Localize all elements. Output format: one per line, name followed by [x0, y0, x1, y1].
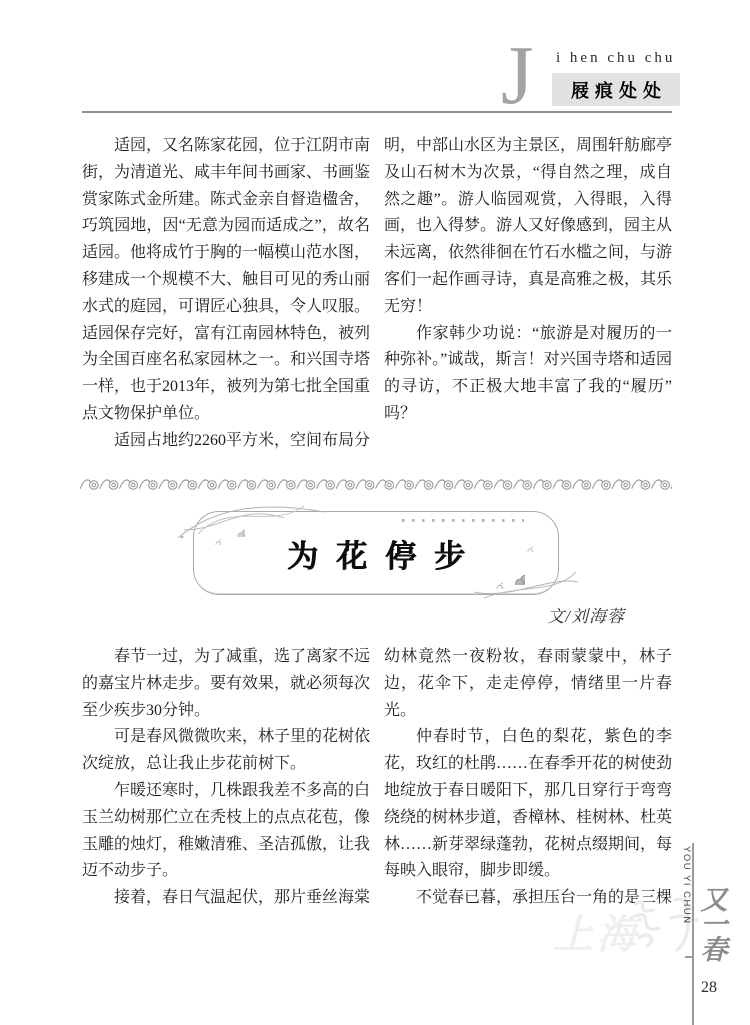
wave-divider	[80, 475, 672, 495]
column-name-char: 春	[701, 935, 728, 965]
feature-right-column: 幼林竟然一夜粉妆，春雨蒙蒙中，林子边，花伞下，走走停停，情绪里一片春光。仲春时节…	[384, 644, 672, 912]
sidebar-vertical-rule	[692, 843, 694, 1025]
paragraph: 明，中部山水区为主景区，周围轩舫廊亭及山石树木为次景，“得自然之理，成自然之趣”…	[384, 133, 672, 321]
paragraph: 仲春时节，白色的梨花，紫色的李花，玫红的杜鹃……在春季开花的树使劲地绽放于春日暖…	[384, 724, 672, 885]
paragraph: 适园，又名陈家花园，位于江阴市南街，为清道光、咸丰年间书画家、书画鉴赏家陈式金所…	[82, 133, 370, 428]
column-pinyin-vertical: YOU YI CHUN	[676, 846, 692, 910]
paragraph: 春节一过，为了减重，选了离家不远的嘉宝片林走步。要有效果，就必须每次至少疾步30…	[82, 644, 370, 724]
byline: 文/刘海蓉	[385, 602, 625, 627]
feature-title: 为花停步	[194, 512, 558, 594]
paragraph: 作家韩少功说：“旅游是对履历的一种弥补。”诚哉，斯言！对兴国寺塔和适园的寻访，不…	[384, 321, 672, 428]
paragraph: 可是春风微微吹来，林子里的花树依次绽放，总让我止步花前树下。	[82, 724, 370, 778]
paragraph: 幼林竟然一夜粉妆，春雨蒙蒙中，林子边，花伞下，走走停停，情绪里一片春光。	[384, 644, 672, 724]
header-rule	[82, 111, 672, 113]
page-number: 28	[701, 979, 717, 997]
feature-article: 春节一过，为了减重，选了离家不远的嘉宝片林走步。要有效果，就必须每次至少疾步30…	[82, 644, 672, 912]
magazine-page: J i hen chu chu 屐痕处处 适园，又名陈家花园，位于江阴市南街，为…	[0, 0, 750, 1025]
article-top-right-column: 明，中部山水区为主景区，周围轩舫廊亭及山石树木为次景，“得自然之理，成自然之趣”…	[384, 133, 672, 455]
article-top-left-column: 适园，又名陈家花园，位于江阴市南街，为清道光、咸丰年间书画家、书画鉴赏家陈式金所…	[82, 133, 370, 455]
column-name-vertical: 又 一 春	[699, 888, 729, 963]
section-initial-letter: J	[501, 34, 534, 118]
paragraph: 乍暖还寒时，几株跟我差不多高的白玉兰幼树那伫立在秃枝上的点点花苞，像玉雕的烛灯，…	[82, 778, 370, 885]
paragraph: 接着，春日气温起伏，那片垂丝海棠	[82, 885, 370, 912]
section-pinyin: i hen chu chu	[556, 50, 675, 67]
article-top: 适园，又名陈家花园，位于江阴市南街，为清道光、咸丰年间书画家、书画鉴赏家陈式金所…	[82, 133, 672, 455]
feature-title-banner: 为花停步	[193, 511, 559, 595]
section-title-badge: 屐痕处处	[552, 73, 680, 106]
paragraph: 适园占地约2260平方米，空间布局分	[82, 428, 370, 455]
sidebar-tick	[685, 956, 694, 958]
feature-left-column: 春节一过，为了减重，选了离家不远的嘉宝片林走步。要有效果，就必须每次至少疾步30…	[82, 644, 370, 912]
